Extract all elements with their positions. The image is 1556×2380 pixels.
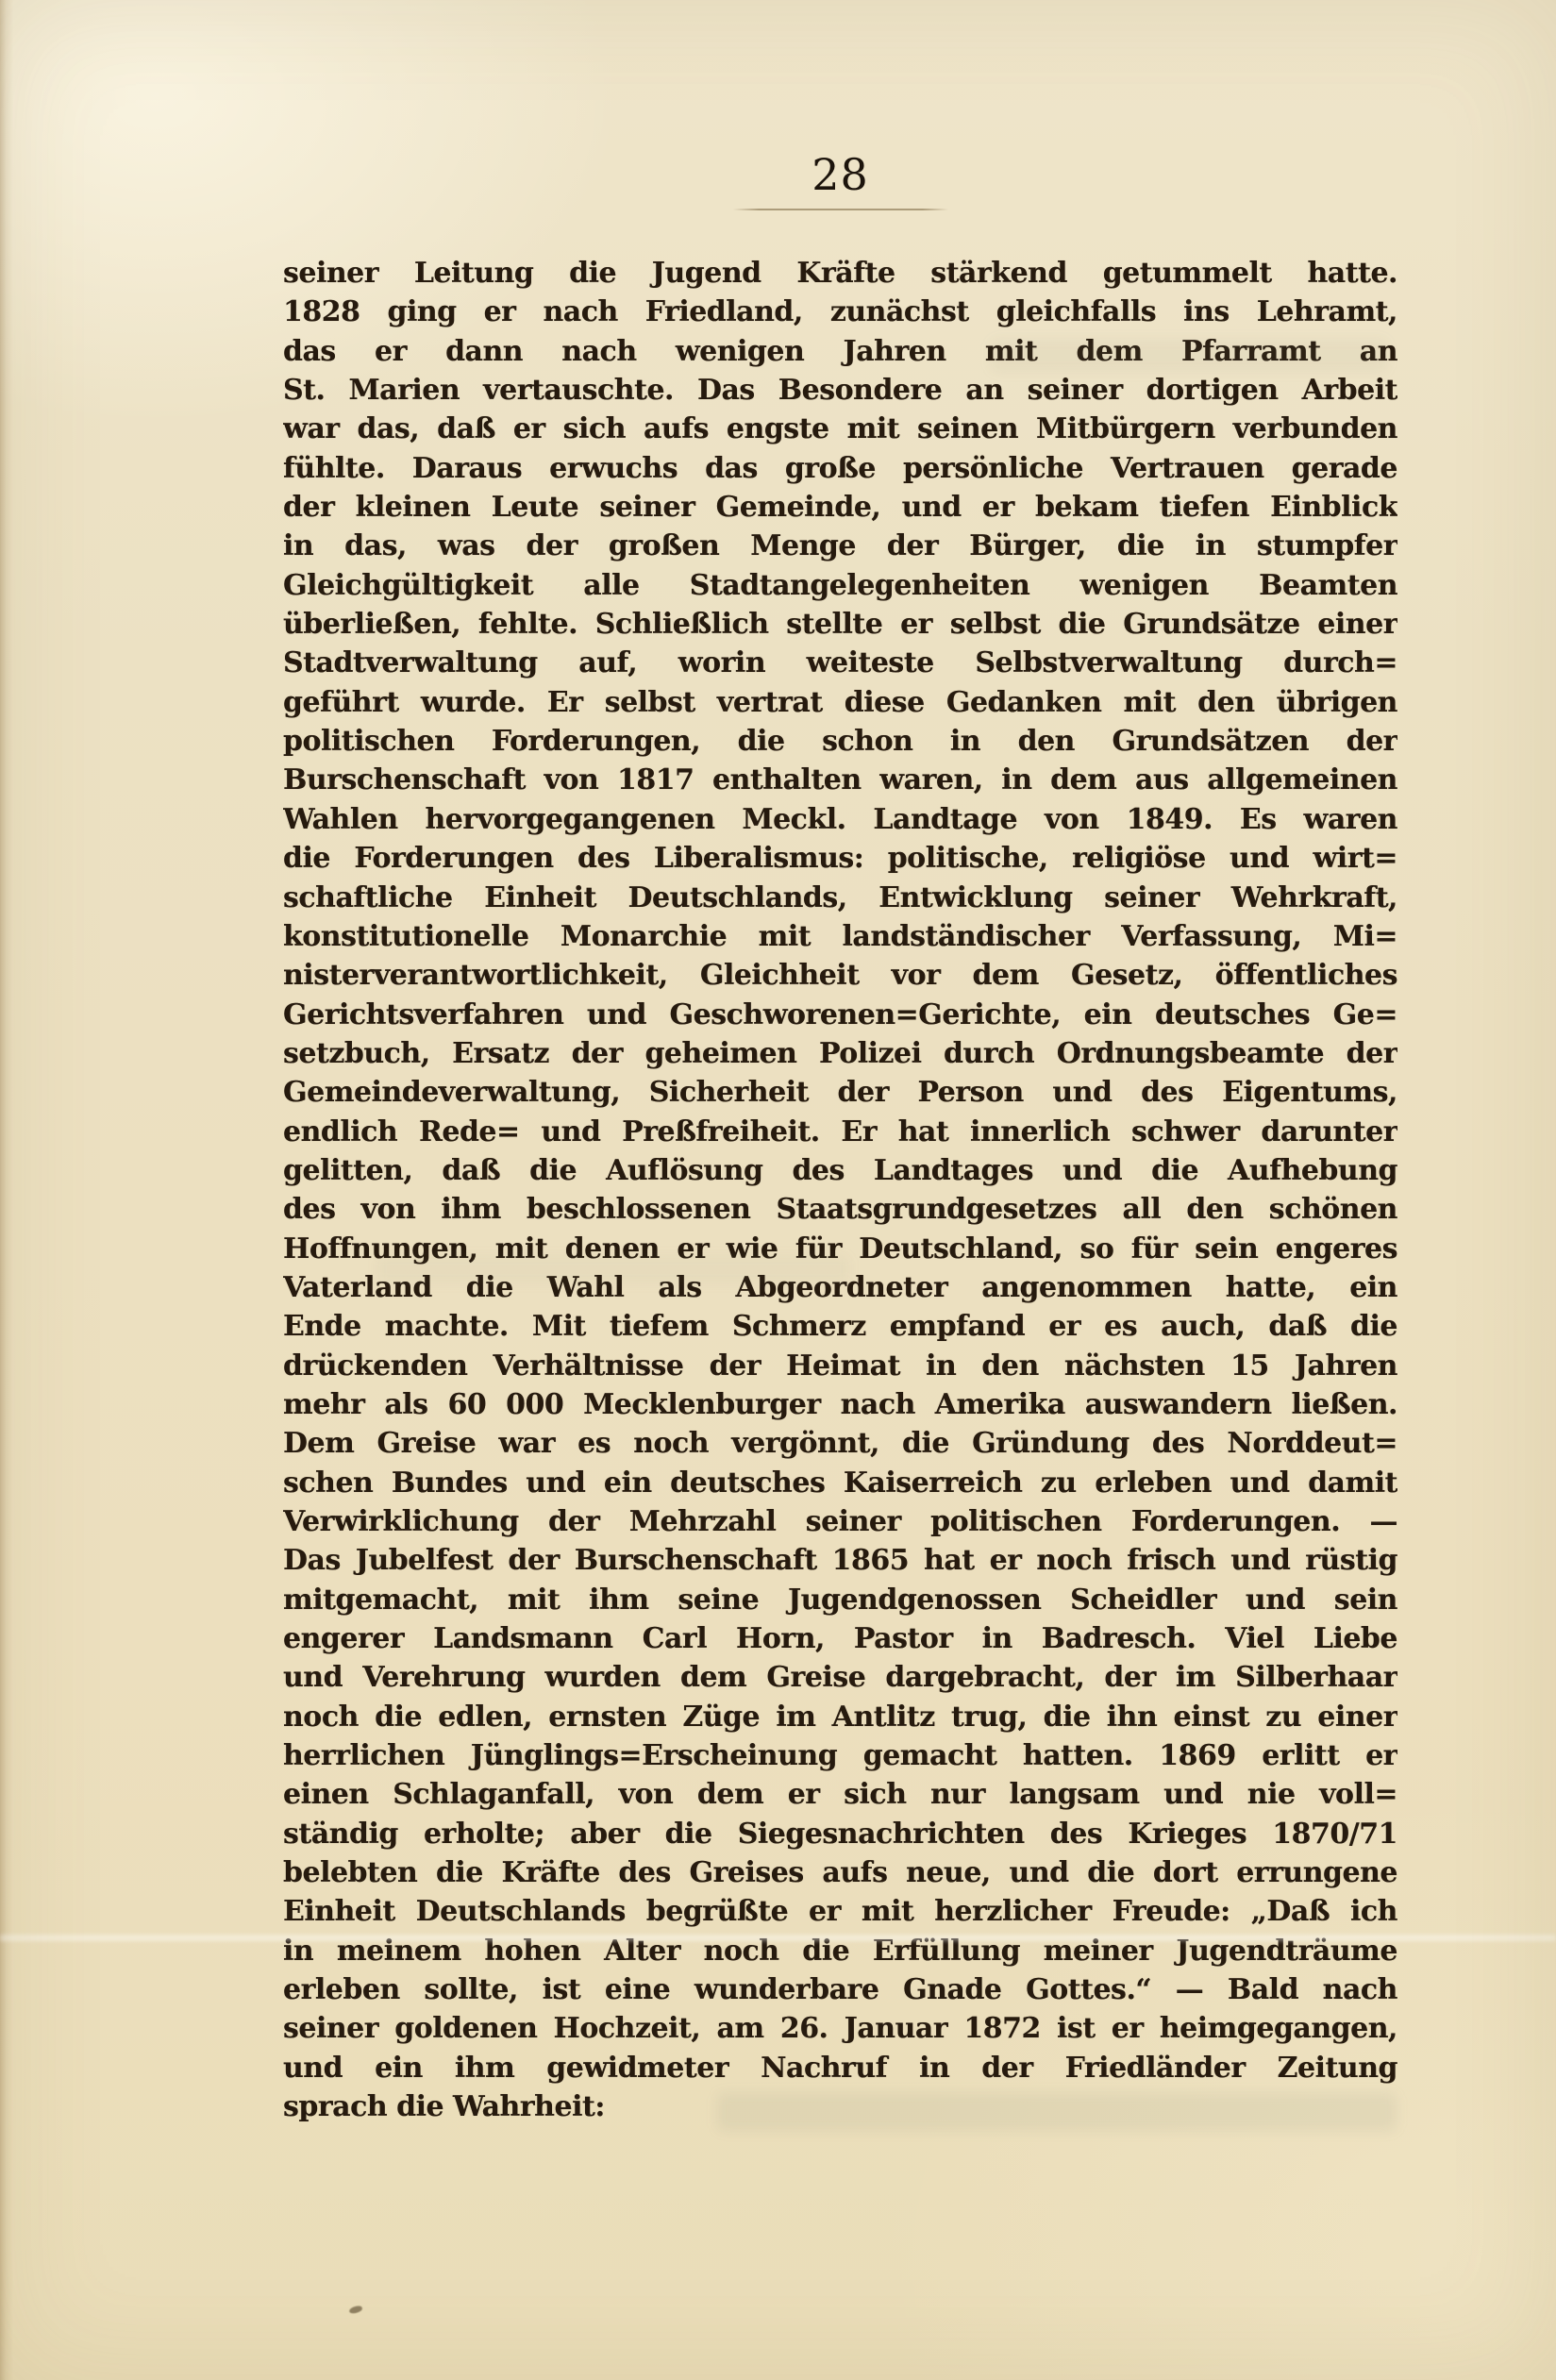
text-line: noch die edlen, ernsten Züge im Antlitz … [283,1698,1397,1736]
text-line: Gleichgültigkeit alle Stadtangelegenheit… [283,566,1397,605]
text-line: überließen, fehlte. Schließlich stellte … [283,605,1397,644]
text-line: einen Schlaganfall, von dem er sich nur … [283,1775,1397,1814]
text-line: Verwirklichung der Mehrzahl seiner polit… [283,1502,1397,1541]
text-line: Burschenschaft von 1817 enthalten waren,… [283,761,1397,799]
text-line: seiner Leitung die Jugend Kräfte stärken… [283,254,1397,293]
text-line: schen Bundes und ein deutsches Kaiserrei… [283,1464,1397,1502]
text-line: Einheit Deutschlands begrüßte er mit her… [283,1892,1397,1931]
text-line: engerer Landsmann Carl Horn, Pastor in B… [283,1619,1397,1658]
scanned-book-page: 28 seiner Leitung die Jugend Kräfte stär… [0,0,1556,2380]
text-line: das er dann nach wenigen Jahren mit dem … [283,332,1397,371]
text-line: nisterverantwortlichkeit, Gleichheit vor… [283,956,1397,995]
text-line: konstitutionelle Monarchie mit landständ… [283,917,1397,956]
text-line: Das Jubelfest der Burschenschaft 1865 ha… [283,1541,1397,1580]
text-line: und ein ihm gewidmeter Nachruf in der Fr… [283,2049,1397,2087]
text-line: des von ihm beschlossenen Staatsgrundges… [283,1190,1397,1229]
text-line: und Verehrung wurden dem Greise dargebra… [283,1658,1397,1697]
text-line: die Forderungen des Liberalismus: politi… [283,839,1397,878]
text-line: St. Marien vertauschte. Das Besondere an… [283,371,1397,410]
text-line: Stadtverwaltung auf, worin weiteste Selb… [283,644,1397,682]
text-line: gelitten, daß die Auflösung des Landtage… [283,1151,1397,1190]
text-line: drückenden Verhältnisse der Heimat in de… [283,1347,1397,1385]
text-line: seiner goldenen Hochzeit, am 26. Januar … [283,2009,1397,2048]
text-line: Gerichtsverfahren und Geschworenen=Geric… [283,996,1397,1034]
text-line: geführt wurde. Er selbst vertrat diese G… [283,683,1397,722]
page-number-rule [733,209,948,210]
text-line: Dem Greise war es noch vergönnt, die Grü… [283,1424,1397,1463]
text-line: setzbuch, Ersatz der geheimen Polizei du… [283,1034,1397,1073]
text-line: in meinem hohen Alter noch die Erfüllung… [283,1932,1397,1970]
text-line: Hoffnungen, mit denen er wie für Deutsch… [283,1230,1397,1268]
body-text: seiner Leitung die Jugend Kräfte stärken… [283,254,1397,2127]
text-line: war das, daß er sich aufs engste mit sei… [283,410,1397,448]
text-line: belebten die Kräfte des Greises aufs neu… [283,1853,1397,1892]
text-line: der kleinen Leute seiner Gemeinde, und e… [283,488,1397,527]
text-line: politischen Forderungen, die schon in de… [283,722,1397,761]
dirt-speck-artifact [348,2305,362,2315]
text-line: schaftliche Einheit Deutschlands, Entwic… [283,879,1397,917]
text-line: ständig erholte; aber die Siegesnachrich… [283,1815,1397,1853]
page-number: 28 [283,149,1397,202]
text-line: Wahlen hervorgegangenen Meckl. Landtage … [283,800,1397,839]
text-line: mehr als 60 000 Mecklenburger nach Ameri… [283,1385,1397,1424]
text-line: Gemeindeverwaltung, Sicherheit der Perso… [283,1073,1397,1112]
text-line: herrlichen Jünglings=Erscheinung gemacht… [283,1736,1397,1775]
text-line: Ende machte. Mit tiefem Schmerz empfand … [283,1307,1397,1346]
text-line: endlich Rede= und Preßfreiheit. Er hat i… [283,1113,1397,1151]
text-line: erleben sollte, ist eine wunderbare Gnad… [283,1970,1397,2009]
text-line: Vaterland die Wahl als Abgeordneter ange… [283,1268,1397,1307]
text-line: fühlte. Daraus erwuchs das große persönl… [283,449,1397,488]
text-line: 1828 ging er nach Friedland, zunächst gl… [283,293,1397,331]
text-line: in das, was der großen Menge der Bürger,… [283,527,1397,565]
text-line: mitgemacht, mit ihm seine Jugendgenossen… [283,1581,1397,1619]
text-line: sprach die Wahrheit: [283,2087,1397,2126]
